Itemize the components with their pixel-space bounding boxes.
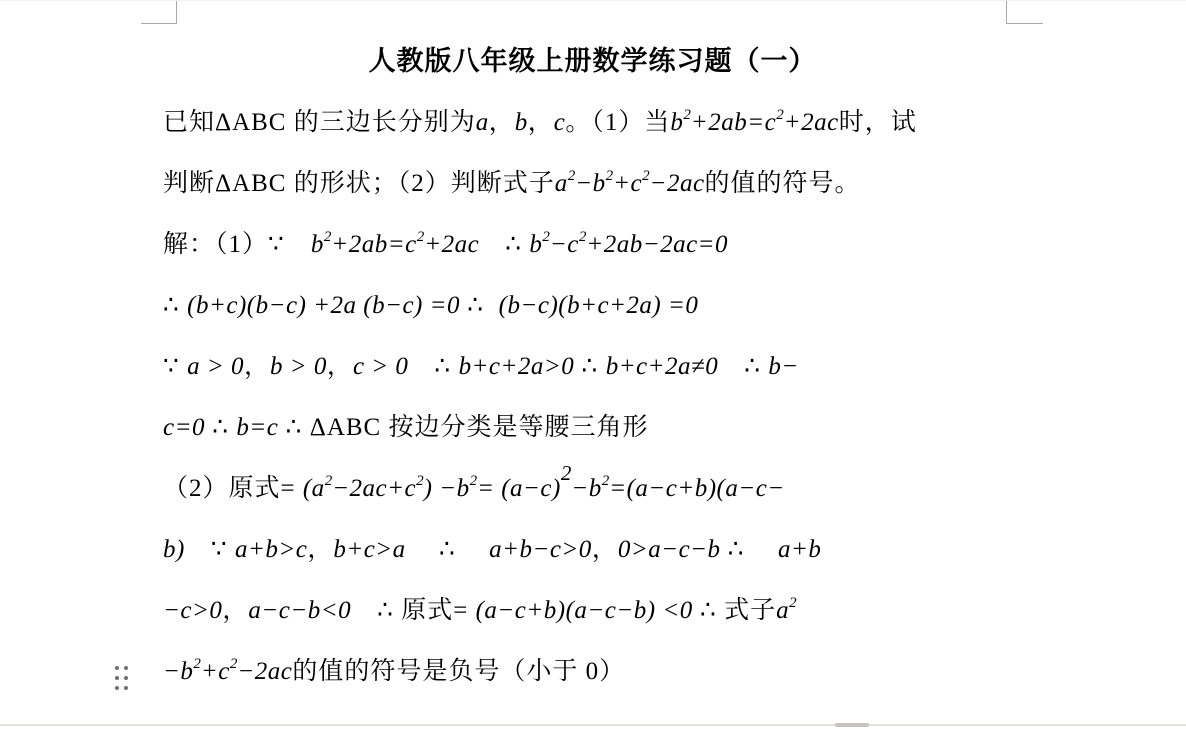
text-line-1: 已知ΔABC 的三边长分别为a，b，c。（1）当b2+2ab=c2+2ac时，试	[163, 92, 1023, 153]
text-line-8: b) ∵ a+b>c，b+c>a ∴ a+b−c>0，0>a−c−b ∴ a+b	[163, 519, 1023, 580]
text-line-3: 解：（1）∵ b2+2ab=c2+2ac ∴ b2−c2+2ab−2ac=0	[163, 214, 1023, 275]
text-line-10: −b2+c2−2ac的值的符号是负号（小于 0）	[163, 641, 1023, 702]
text-line-5: ∵ a > 0，b > 0，c > 0 ∴ b+c+2a>0 ∴ b+c+2a≠…	[163, 336, 1023, 397]
text-line-7: （2）原式= (a2−2ac+c2) −b2= (a−c)2−b2=(a−c+b…	[163, 458, 1023, 519]
document-body: 已知ΔABC 的三边长分别为a，b，c。（1）当b2+2ab=c2+2ac时，试…	[163, 92, 1023, 702]
document-title: 人教版八年级上册数学练习题（一）	[142, 39, 1043, 78]
text-line-9: −c>0，a−c−b<0 ∴ 原式= (a−c+b)(a−c−b) <0 ∴ 式…	[163, 580, 1023, 641]
text-line-6: c=0 ∴ b=c ∴ ΔABC 按边分类是等腰三角形	[163, 397, 1023, 458]
document-page: 人教版八年级上册数学练习题（一） 已知ΔABC 的三边长分别为a，b，c。（1）…	[0, 0, 1186, 729]
horizontal-scrollbar-track[interactable]	[0, 724, 1186, 726]
text-line-2: 判断ΔABC 的形状；（2）判断式子a2−b2+c2−2ac的值的符号。	[163, 153, 1023, 214]
drag-handle-icon[interactable]	[113, 664, 129, 691]
horizontal-scrollbar-thumb[interactable]	[835, 723, 869, 727]
text-line-4: ∴ (b+c)(b−c) +2a (b−c) =0 ∴ (b−c)(b+c+2a…	[163, 275, 1023, 336]
